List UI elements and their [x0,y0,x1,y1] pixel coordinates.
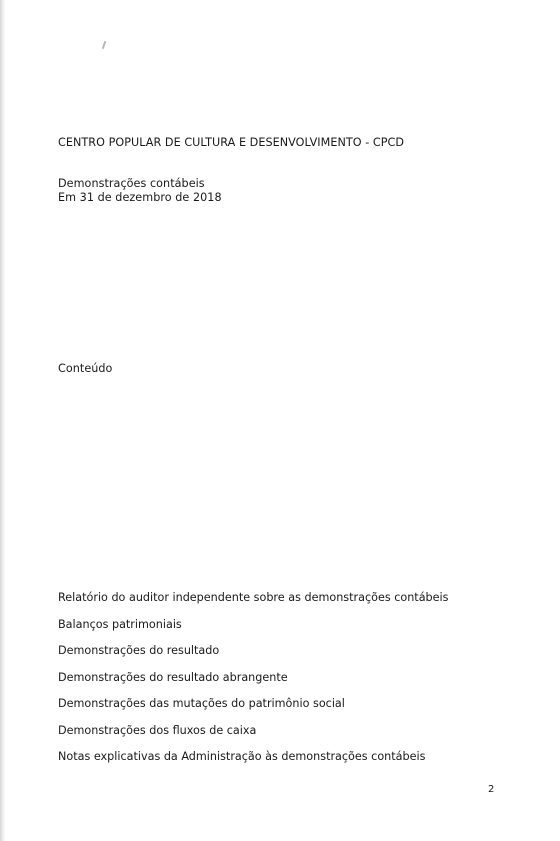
scan-artifact-mark [102,41,107,49]
toc-item: Demonstrações do resultado [58,644,448,671]
page-edge-shadow [0,0,6,841]
toc-item: Demonstrações dos fluxos de caixa [58,724,448,751]
organization-title: CENTRO POPULAR DE CULTURA E DESENVOLVIME… [58,136,404,149]
page-number: 2 [488,784,494,795]
contents-heading: Conteúdo [58,362,112,375]
document-date: Em 31 de dezembro de 2018 [58,191,222,204]
toc-item: Notas explicativas da Administração às d… [58,750,448,777]
toc-item: Demonstrações das mutações do patrimônio… [58,697,448,724]
document-subtitle: Demonstrações contábeis [58,177,205,190]
toc-item: Balanços patrimoniais [58,618,448,645]
table-of-contents: Relatório do auditor independente sobre … [58,591,448,777]
toc-item: Demonstrações do resultado abrangente [58,671,448,698]
toc-item: Relatório do auditor independente sobre … [58,591,448,618]
